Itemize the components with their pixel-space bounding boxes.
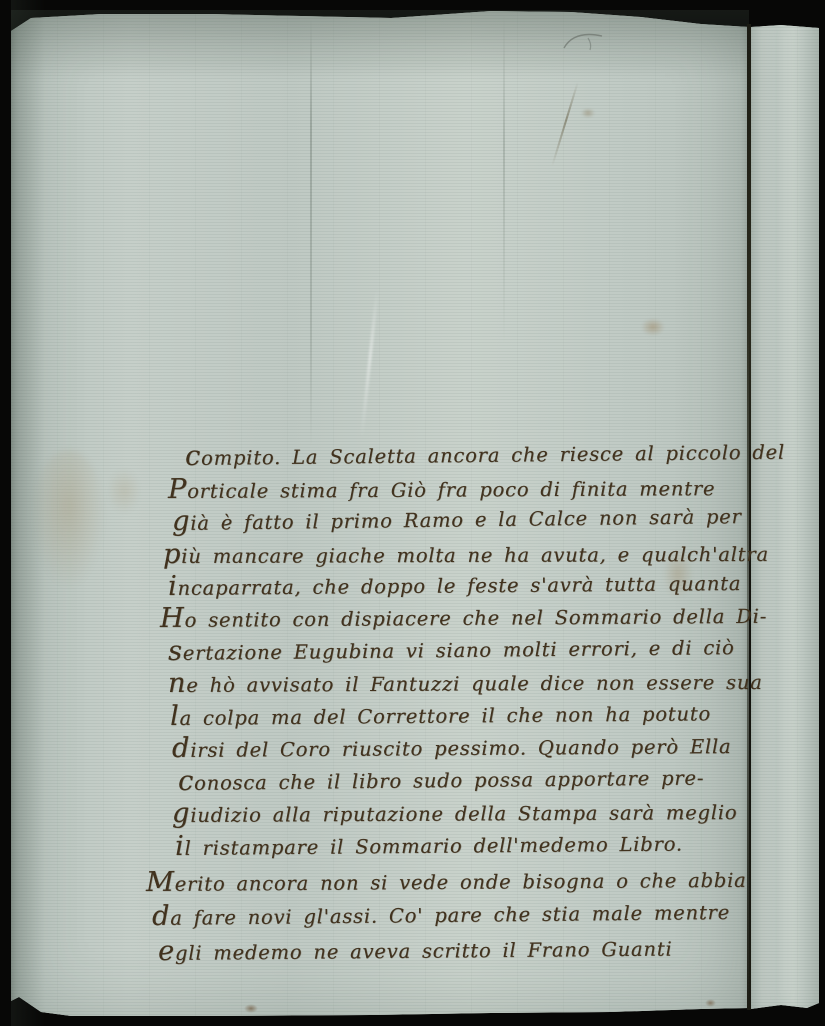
manuscript-line: più mancare giache molta ne ha avuta, e … [163, 537, 769, 570]
manuscript-line: da fare novi gl'assi. Co' pare che stia … [152, 895, 730, 932]
manuscript-line: incaparrata, che doppo le feste s'avrà t… [168, 566, 742, 602]
manuscript-line: conosca che il libro sudo possa apportar… [178, 760, 704, 797]
manuscript-line: ne hò avvisato il Fantuzzi quale dice no… [168, 665, 763, 699]
manuscript-line: sertazione Eugubina vi siano molti error… [168, 630, 735, 667]
manuscript-line: Merito ancora non si vede onde bisogna o… [146, 863, 747, 898]
manuscript-line: Ho sentito con dispiacere che nel Sommar… [160, 599, 767, 634]
manuscript-line: la colpa ma del Correttore il che non ha… [170, 696, 711, 732]
manuscript-line: compito. La Scaletta ancora che riesce a… [185, 435, 785, 472]
manuscript-line: giudizio alla riputazione della Stampa s… [172, 795, 738, 829]
manuscript-line: il ristampare il Sommario dell'medemo Li… [175, 827, 683, 862]
manuscript-line: già è fatto il primo Ramo e la Calce non… [172, 499, 742, 537]
letter-text-block: compito. La Scaletta ancora che riesce a… [0, 0, 825, 1026]
scan-background: compito. La Scaletta ancora che riesce a… [0, 0, 825, 1026]
manuscript-line: dirsi del Coro riuscito pessimo. Quando … [172, 729, 732, 764]
manuscript-line: egli medemo ne aveva scritto il Frano Gu… [158, 932, 673, 967]
